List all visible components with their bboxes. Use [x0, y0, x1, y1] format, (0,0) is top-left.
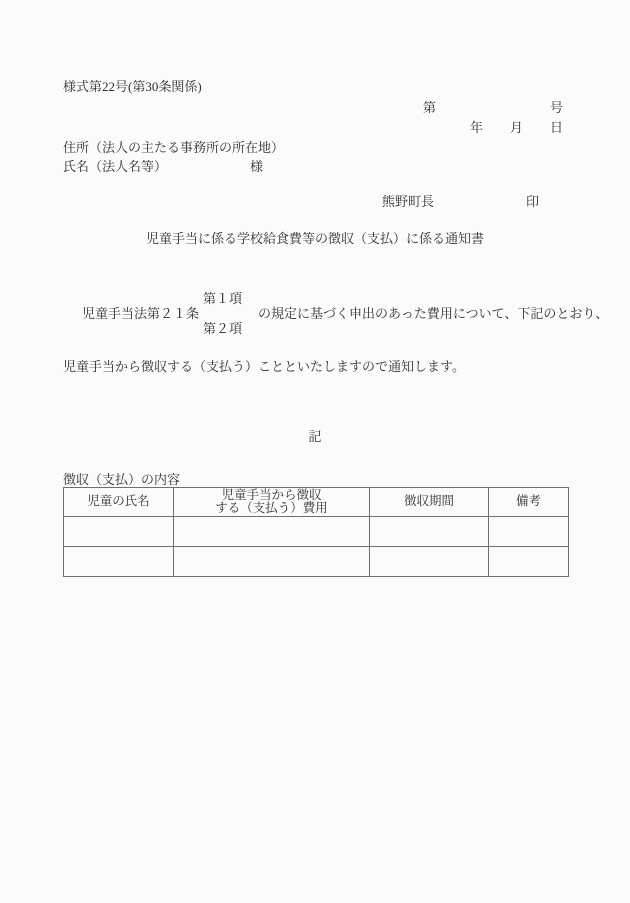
cell-fee	[174, 517, 370, 547]
header-child-name: 児童の氏名	[64, 488, 174, 517]
issuer-seal-mark: 印	[526, 191, 539, 210]
cell-remarks	[489, 517, 569, 547]
header-remarks: 備考	[489, 488, 569, 517]
cell-fee	[174, 547, 370, 577]
recipient-name-label: 氏名（法人名等）	[63, 156, 167, 175]
clause-option-2: 第２項	[203, 318, 242, 337]
header-period: 徴収期間	[370, 488, 489, 517]
recipient-honorific: 様	[250, 156, 263, 175]
doc-number-line: 第 号	[423, 97, 563, 116]
recipient-address-label: 住所（法人の主たる事務所の所在地）	[63, 137, 284, 156]
date-year-label: 年	[470, 117, 483, 136]
document-title: 児童手当に係る学校給食費等の徴収（支払）に係る通知書	[0, 228, 630, 247]
date-month-label: 月	[510, 117, 523, 136]
date-day-label: 日	[550, 117, 563, 136]
clause-option-1: 第１項	[203, 288, 242, 307]
table-caption: 徴収（支払）の内容	[63, 469, 180, 488]
cell-period	[370, 547, 489, 577]
table-row	[64, 547, 569, 577]
cell-child-name	[64, 547, 174, 577]
collection-table: 児童の氏名 児童手当から徴収 する（支払う）費用 徴収期間 備考	[63, 487, 569, 577]
issuer-name: 熊野町長	[382, 191, 434, 210]
body-line2: 児童手当から徴収する（支払う）ことといたしますので通知します。	[63, 356, 465, 375]
form-number: 様式第22号(第30条関係)	[63, 76, 202, 95]
document-page: 様式第22号(第30条関係) 第 号 年 月 日 住所（法人の主たる事務所の所在…	[0, 0, 630, 903]
doc-number-suffix: 号	[550, 97, 563, 116]
doc-number-prefix: 第	[423, 97, 436, 116]
body-after-clause: の規定に基づく申出のあった費用について、下記のとおり、	[258, 303, 608, 322]
header-fee: 児童手当から徴収 する（支払う）費用	[174, 488, 370, 517]
date-line: 年 月 日	[470, 117, 563, 136]
cell-period	[370, 517, 489, 547]
table-row	[64, 517, 569, 547]
cell-remarks	[489, 547, 569, 577]
law-reference: 児童手当法第２１条	[82, 303, 199, 322]
table-header-row: 児童の氏名 児童手当から徴収 する（支払う）費用 徴収期間 備考	[64, 488, 569, 517]
cell-child-name	[64, 517, 174, 547]
ki-marker: 記	[0, 426, 630, 445]
